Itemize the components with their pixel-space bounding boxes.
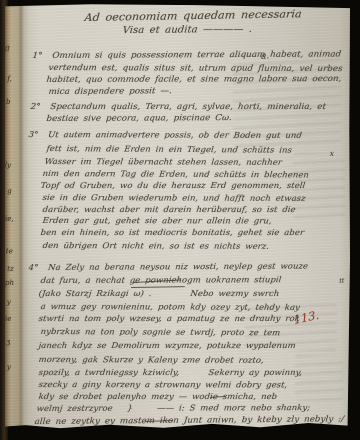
manuscript-line: 3° Ut autem animadvertere possis, ob der… [28, 131, 302, 140]
edge-fragment: ph [5, 279, 14, 287]
margin-note-a: a. [261, 51, 269, 62]
manuscript-line: kdy se drobet palenyho mezy — wodie smic… [38, 393, 277, 401]
manuscript-line: Wasser im Tiegel übernacht stehen lassen… [44, 158, 282, 167]
manuscript-line: sie in die Gruben wiederumb ein, und haf… [42, 194, 306, 203]
edge-fragment: ie, [5, 215, 14, 223]
margin-note-x: x [329, 149, 334, 158]
manuscript-line: habitet, quo commode facile, et sine mag… [46, 74, 342, 83]
edge-fragment: y [7, 363, 11, 371]
manuscript-line: 1° Omnium si quis possessionem terrae al… [32, 49, 342, 59]
manuscript-line: nybrzkus na ton poly sognie se twrdj, pr… [40, 328, 281, 337]
manuscript-line: a wmuz gey rownieninu, potom kdy ozey zy… [40, 303, 300, 312]
manuscript-line: den übrigen Ort nicht ein, so ist es nic… [42, 242, 269, 251]
edge-fragment: y [7, 298, 11, 306]
manuscript-line: janech kdyz se Demolirum wzymze, potukze… [38, 342, 296, 350]
manuscript-line: fett ist, nim die Erden in ein Tiegel, u… [46, 145, 292, 155]
manuscript-line: vertendum est, qualis situs sit, utrum a… [48, 63, 343, 72]
edge-fragment: ly [5, 161, 12, 169]
title-line: Visa et audita ———— . [122, 25, 252, 36]
title-line: Ad oeconomiam quaedam necessaria [84, 9, 302, 23]
edge-fragment: g [7, 187, 12, 195]
manuscript-line: szecky a giny korzeny a strownany welmi … [38, 381, 288, 389]
manuscript-line: darüber, wachst aber mit darein herübera… [42, 206, 296, 214]
bleedthrough-patch [295, 355, 343, 401]
edge-fragment: tz [7, 265, 14, 273]
manuscript-line: Topf od Gruben, wo du die herausz Erd ge… [40, 182, 306, 190]
edge-fragment: ſl [4, 45, 9, 53]
manuscript-page: Ad oeconomiam quaedam necessariaVisa et … [5, 3, 350, 429]
manuscript-line: alle ne zeytky ey mastem ikon Junt aniwn… [34, 414, 344, 425]
manuscript-line: nim den andern Tag die Erden, und schütt… [42, 170, 309, 179]
manuscript-line: mica dispendere possit —. [48, 86, 172, 95]
manuscript-line: welmj zestrzyroe } —— i: S med morz nebo… [36, 404, 310, 413]
manuscript-line: morzeny, gak Skurze y Kaleny zme drobet … [38, 356, 264, 365]
edge-fragment: b [6, 98, 10, 106]
underline-mark [131, 286, 185, 288]
edge-fragment: te [6, 247, 13, 255]
edge-fragment: f, [7, 75, 12, 83]
manuscript-line: bestiae sive pecora, aqua, piscinae Cω. [46, 113, 232, 122]
manuscript-line: Erden gar gut, gehet sie aber nur allein… [42, 217, 272, 225]
scanned-manuscript-photo: { "document": { "title_line1": "Ad oecon… [0, 0, 360, 440]
manuscript-line: 2° Spectandum qualis, Terra, agri, sylva… [30, 102, 326, 110]
manuscript-line: 4° Na Zely na berana neysou niz wosti, n… [28, 263, 308, 272]
manuscript-line: stwrti na tom poly wzesey, a pamatug ze … [38, 315, 300, 323]
manuscript-line: (Jako Starzj Rzikagi ω) . Nebo wezmy swr… [38, 290, 280, 298]
manuscript-line: ben ein hinein, so ist mediocris bonitat… [40, 229, 304, 237]
edge-fragment: ʒ [6, 338, 10, 346]
manuscript-line: spozily, a twrdniegssy kziwicly, Sekerny… [38, 369, 302, 377]
margin-note-tt: tt [339, 276, 345, 285]
edge-fragment: ie [5, 315, 11, 323]
